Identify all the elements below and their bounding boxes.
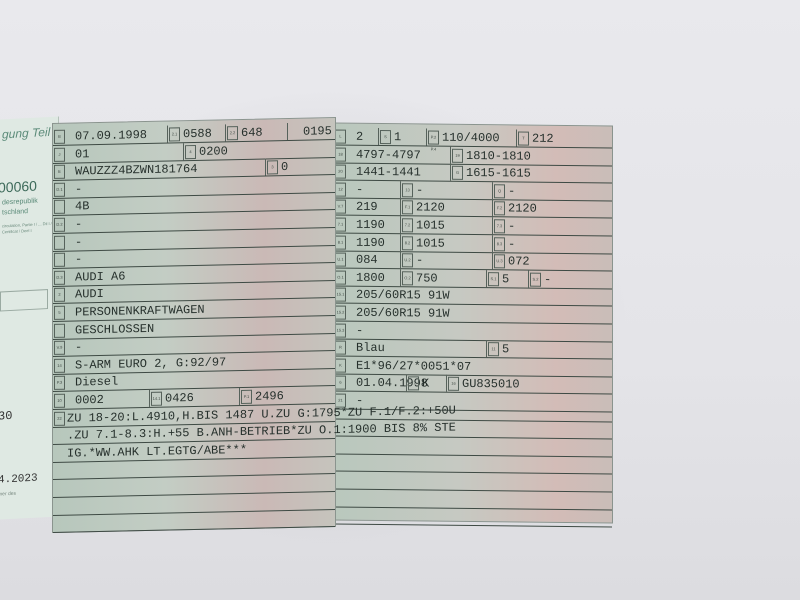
field-value: 2 — [356, 128, 363, 145]
field-value: 0200 — [199, 142, 228, 160]
cover-small-text: circulation, Partie I / ... Dil I / Cert… — [2, 221, 54, 236]
cover-partial-value: 30 — [0, 409, 12, 424]
field-label: 2 — [54, 288, 65, 302]
field-label: 15.3 — [335, 323, 346, 337]
field-separator — [400, 234, 401, 251]
field-value: 1800 — [356, 269, 385, 286]
field-separator — [426, 129, 427, 146]
field-value: 1190 — [356, 216, 385, 233]
field-value: - — [75, 215, 82, 232]
field-value: 1015 — [416, 216, 445, 233]
field-value: GESCHLOSSEN — [75, 319, 154, 338]
field-label: K — [335, 358, 346, 372]
remarks-line: IG.*WW.AHK LT.EGTG/ABE*** — [67, 441, 247, 463]
subfield-label: S.2 — [530, 272, 541, 286]
field-value: - — [416, 252, 423, 269]
registration-panel-left: B07.09.19982.105882.26480195J0140200EWAU… — [52, 117, 336, 533]
subfield-label: U.3 — [494, 254, 505, 268]
field-value: 0002 — [75, 391, 104, 409]
field-value: 0426 — [165, 389, 194, 407]
field-separator — [400, 199, 401, 216]
field-separator — [239, 388, 240, 405]
field-value: PERSONENKRAFTWAGEN — [75, 301, 205, 321]
field-label: U.1 — [335, 253, 346, 267]
field-value: 1190 — [356, 233, 385, 250]
cover-country-line1: desrepublik — [2, 198, 38, 207]
field-value: 1615-1615 — [466, 164, 531, 182]
field-separator — [492, 252, 493, 269]
field-separator — [400, 251, 401, 268]
field-separator — [400, 181, 401, 198]
field-value: GU835010 — [462, 375, 520, 393]
subfield-label: 7.2 — [402, 218, 413, 232]
cover-box — [0, 289, 48, 312]
subfield-label: P.1 — [241, 390, 252, 404]
registration-panel-right: L2S1P.2 P.4110/4000T212184797-4797191810… — [333, 123, 613, 524]
field-value: 110/4000 — [442, 129, 500, 147]
field-label: 12 — [335, 182, 346, 196]
field-label: 10 — [54, 394, 65, 408]
subfield-label: 2.2 — [227, 126, 238, 140]
field-separator — [446, 375, 447, 392]
field-separator — [450, 164, 451, 181]
field-value: 2120 — [416, 199, 445, 216]
subfield-label: S.1 — [488, 272, 499, 286]
field-value: 07.09.1998 — [75, 126, 147, 145]
field-separator — [225, 124, 226, 141]
field-label — [54, 253, 65, 267]
remarks-label: 22 — [54, 411, 65, 425]
field-label: D.1 — [54, 182, 65, 196]
field-label: R — [335, 341, 346, 355]
field-label — [54, 200, 65, 214]
field-value: 0195 — [303, 122, 332, 140]
subfield-label: Q — [494, 184, 505, 198]
field-label: E — [54, 165, 65, 179]
field-separator — [400, 269, 401, 286]
remarks-row — [334, 507, 612, 528]
cover-header: gung Teil I — [2, 125, 57, 142]
field-label: V.7 — [335, 200, 346, 214]
field-value: 5 — [502, 270, 509, 287]
field-separator — [492, 217, 493, 234]
field-label: B — [54, 130, 65, 144]
field-label: D.2 — [54, 218, 65, 232]
field-label: J — [54, 147, 65, 161]
field-label: 6 — [335, 376, 346, 390]
field-value: 1810-1810 — [466, 147, 531, 165]
field-value: - — [356, 181, 363, 198]
field-value: 2496 — [255, 387, 284, 405]
field-separator — [406, 375, 407, 392]
field-value: - — [416, 181, 423, 198]
document-cover-flap: gung Teil I 00060 desrepublik tschland c… — [0, 116, 59, 519]
field-value: - — [75, 339, 82, 356]
field-separator — [492, 235, 493, 252]
field-separator — [492, 182, 493, 199]
subfield-label: 7.3 — [494, 219, 505, 233]
field-separator — [400, 216, 401, 233]
cover-partial-date: 4.2023 — [0, 473, 38, 487]
field-value: - — [508, 182, 515, 199]
field-label: 5 — [54, 306, 65, 320]
field-label: 15.1 — [335, 288, 346, 302]
field-value: 2120 — [508, 200, 537, 217]
field-separator — [486, 270, 487, 287]
subfield-label: G — [452, 166, 463, 180]
cover-doc-number: 00060 — [0, 178, 37, 196]
field-separator — [167, 126, 168, 143]
field-value: - — [75, 251, 82, 268]
field-value: AUDI A6 — [75, 267, 125, 285]
field-label: 14 — [54, 358, 65, 372]
field-value: 4B — [75, 198, 89, 215]
field-value: - — [508, 235, 515, 252]
field-separator — [265, 159, 266, 176]
field-label — [54, 323, 65, 337]
subfield-label: 3 — [267, 160, 278, 174]
field-label: O.1 — [335, 270, 346, 284]
field-value: 084 — [356, 251, 378, 268]
subfield-label: 2.1 — [169, 127, 180, 141]
subfield-label: 4 — [185, 145, 196, 159]
subfield-label: 13 — [402, 183, 413, 197]
field-value: 205/60R15 91W — [356, 304, 450, 322]
field-value: AUDI — [75, 285, 104, 303]
field-label: 8.1 — [335, 235, 346, 249]
field-value: - — [356, 321, 363, 338]
subfield-label: 8.3 — [494, 237, 505, 251]
subfield-label: U.2 — [402, 253, 413, 267]
subfield-label: 16 — [448, 377, 459, 391]
subfield-label: P.2 P.4 — [428, 131, 439, 145]
field-separator — [149, 390, 150, 407]
field-value: 0 — [281, 158, 288, 175]
field-label: D.3 — [54, 270, 65, 284]
field-value: - — [75, 180, 82, 197]
field-value: 648 — [241, 124, 263, 141]
field-value: WAUZZZ4BZWN181764 — [75, 160, 197, 180]
field-value: 1015 — [416, 234, 445, 251]
subfield-label: S — [380, 130, 391, 144]
field-value: 205/60R15 91W — [356, 286, 450, 304]
field-separator — [492, 200, 493, 217]
subfield-label: T — [518, 131, 529, 145]
field-label: 20 — [335, 165, 346, 179]
field-separator — [378, 128, 379, 145]
subfield-label: F.2 — [494, 202, 505, 216]
field-value: 1441-1441 — [356, 163, 421, 181]
subfield-label: 17 — [408, 377, 419, 391]
subfield-label: 19 — [452, 148, 463, 162]
field-value: - — [544, 271, 551, 288]
field-value: 4797-4797 — [356, 145, 421, 163]
field-value: 219 — [356, 198, 378, 215]
field-value: Blau — [356, 339, 385, 356]
field-separator — [450, 146, 451, 163]
field-value: 1 — [394, 128, 401, 145]
subfield-label: 14.1 — [151, 392, 162, 406]
subfield-label: F.1 — [402, 201, 413, 215]
subfield-label: 11 — [488, 342, 499, 356]
subfield-label: O.2 — [402, 271, 413, 285]
field-value: 072 — [508, 253, 530, 270]
cover-country-line2: tschland — [2, 208, 28, 216]
field-separator — [528, 270, 529, 287]
field-label — [54, 235, 65, 249]
field-value: 01 — [75, 145, 89, 162]
field-value: 750 — [416, 269, 438, 286]
cover-footnote: mer des — [0, 491, 16, 498]
field-label: V.9 — [54, 341, 65, 355]
field-separator — [486, 340, 487, 357]
field-separator — [183, 143, 184, 160]
field-label: 7.1 — [335, 218, 346, 232]
field-label: 18 — [335, 147, 346, 161]
field-value: 212 — [532, 130, 554, 147]
subfield-label: 8.2 — [402, 236, 413, 250]
field-separator — [287, 123, 288, 140]
field-value: K — [422, 375, 429, 392]
field-label: P.3 — [54, 376, 65, 390]
field-separator — [516, 129, 517, 146]
field-value: - — [75, 233, 82, 250]
field-value: Diesel — [75, 373, 118, 391]
field-value: 5 — [502, 340, 509, 357]
field-value: E1*96/27*0051*07 — [356, 357, 471, 375]
field-value: - — [508, 217, 515, 234]
field-value: 0588 — [183, 125, 212, 143]
field-label: L — [335, 130, 346, 144]
field-label: 15.2 — [335, 306, 346, 320]
